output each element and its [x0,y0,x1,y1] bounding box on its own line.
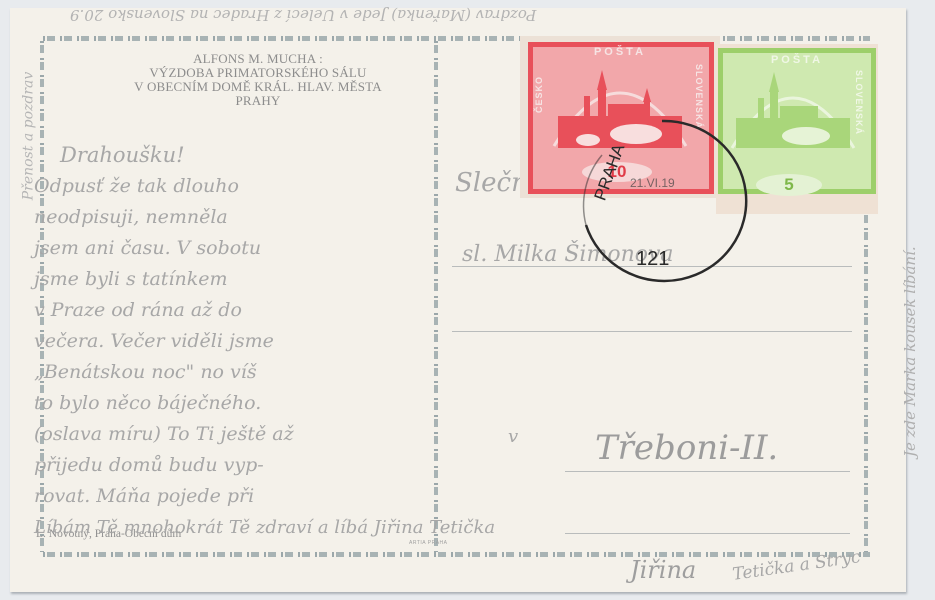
title-line: ALFONS M. MUCHA : [88,52,428,66]
stamp-word-left: ČESKO [534,76,544,113]
message-line: přijedu domů budu vyp- [34,450,495,481]
title-line: VÝZDOBA PRIMATORSKÉHO SÁLU [88,66,428,80]
ornament-bottom-border [40,552,870,557]
address-rule-4 [565,533,850,534]
title-line: PRAHY [88,94,428,108]
message-line: jsem ani času. V sobotu [34,233,495,264]
handwritten-message: Drahoušku! Odpusť že tak dlouho neodpisu… [34,140,495,543]
handwriting-top-edge: Pozdrav (Mařenka) Jede v Uelecí z Hradec… [70,6,536,24]
postmark-number: 121 [636,248,669,270]
stamp-word-top: POŠTA [716,54,878,66]
postcard: ALFONS M. MUCHA : VÝZDOBA PRIMATORSKÉHO … [10,8,906,592]
message-line: „Benátskou noc" no víš [34,357,495,388]
ornament-top-border [40,36,870,41]
handwriting-signature: Jiřina [630,556,696,584]
message-line: Drahoušku! [34,140,495,171]
message-line: rovat. Máňa pojede při [34,481,495,512]
message-line: Líbám Tě mnohokrát Tě zdraví a líbá Jiři… [34,512,495,543]
stamp-value: 5 [756,174,822,196]
printed-title: ALFONS M. MUCHA : VÝZDOBA PRIMATORSKÉHO … [88,52,428,108]
title-line: V OBECNÍM DOMĚ KRÁL. HLAV. MĚSTA [88,80,428,94]
message-line: Odpusť že tak dlouho [34,171,495,202]
message-line: jsme byli s tatínkem [34,264,495,295]
ornament-right-border [864,208,868,552]
message-line: večera. Večer viděli jsme [34,326,495,357]
address-rule-3 [565,471,850,472]
postmark: PRAHA 21.VI.19 121 [572,115,750,285]
handwriting-right-margin: Je zde Marka kousek líbání. [901,137,919,457]
address-rule-2 [452,331,852,332]
message-line: (oslava míru) To Ti ještě až [34,419,495,450]
address-preposition: v [508,426,518,447]
message-line: neodpisuji, nemněla [34,202,495,233]
message-line: v Praze od rána až do [34,295,495,326]
message-line: to bylo něco báječného. [34,388,495,419]
stamp-word-top: POŠTA [520,46,720,58]
postmark-city: PRAHA [591,141,629,203]
address-city: Třeboni-II. [595,428,778,468]
postmark-date: 21.VI.19 [630,176,675,190]
